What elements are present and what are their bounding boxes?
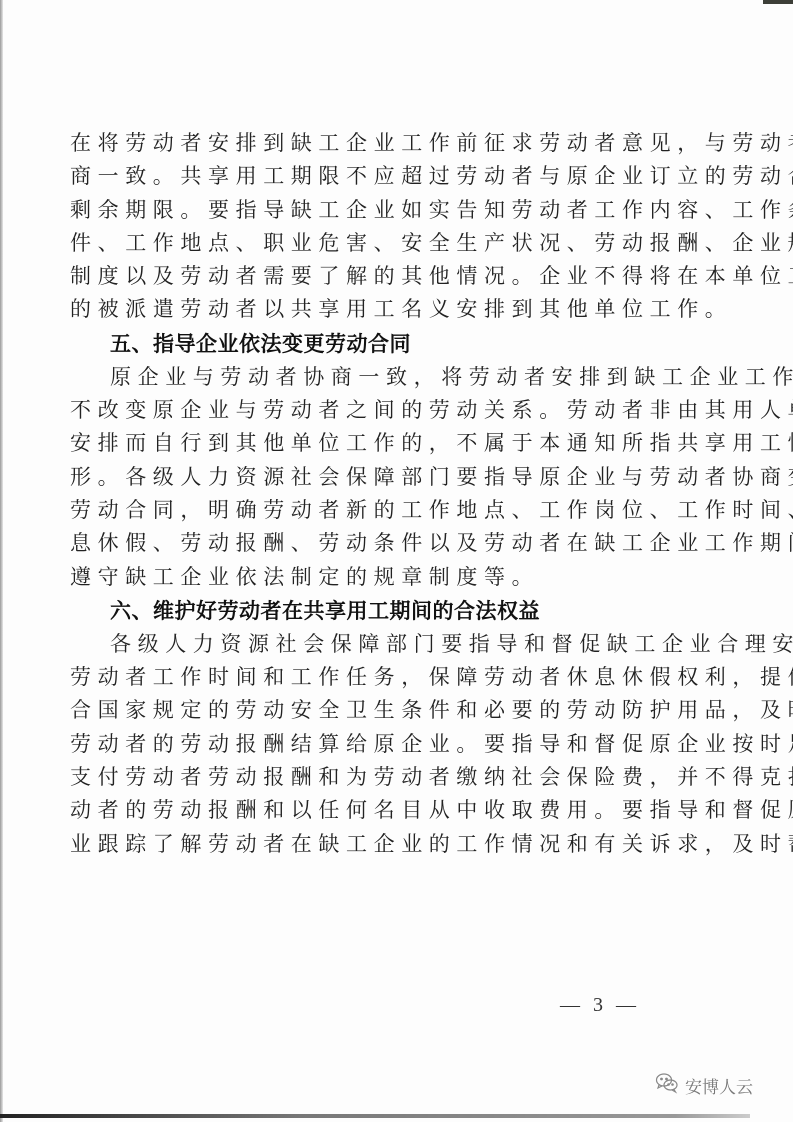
scan-corner [763, 0, 793, 4]
text-line: 制度以及劳动者需要了解的其他情况。企业不得将在本单位工作 [70, 260, 670, 293]
section-5: 五、指导企业依法变更劳动合同 原企业与劳动者协商一致，将劳动者安排到缺工企业工作… [70, 327, 670, 594]
wechat-icon [655, 1072, 679, 1099]
text-line: 在将劳动者安排到缺工企业工作前征求劳动者意见，与劳动者协 [70, 127, 670, 160]
scan-edge-left [0, 0, 3, 1122]
text-line: 剩余期限。要指导缺工企业如实告知劳动者工作内容、工作条 [70, 194, 670, 227]
page-number: — 3 — [560, 994, 640, 1017]
section-heading: 五、指导企业依法变更劳动合同 [70, 327, 670, 361]
text-line: 息休假、劳动报酬、劳动条件以及劳动者在缺工企业工作期间应 [70, 527, 670, 560]
text-line: 业跟踪了解劳动者在缺工企业的工作情况和有关诉求，及时帮助 [70, 828, 670, 861]
text-line: 劳动者工作时间和工作任务，保障劳动者休息休假权利，提供符 [70, 661, 670, 694]
scan-edge-bottom [0, 1114, 750, 1118]
text-line: 劳动合同，明确劳动者新的工作地点、工作岗位、工作时间、休 [70, 494, 670, 527]
text-line: 安排而自行到其他单位工作的，不属于本通知所指共享用工情 [70, 427, 670, 460]
document-page: 在将劳动者安排到缺工企业工作前征求劳动者意见，与劳动者协 商一致。共享用工期限不… [70, 127, 670, 861]
text-line: 商一致。共享用工期限不应超过劳动者与原企业订立的劳动合同 [70, 160, 670, 193]
section-heading: 六、维护好劳动者在共享用工期间的合法权益 [70, 594, 670, 628]
text-line: 形。各级人力资源社会保障部门要指导原企业与劳动者协商变更 [70, 461, 670, 494]
text-line: 不改变原企业与劳动者之间的劳动关系。劳动者非由其用人单位 [70, 394, 670, 427]
watermark-text: 安博人云 [685, 1073, 753, 1098]
section-6: 六、维护好劳动者在共享用工期间的合法权益 各级人力资源社会保障部门要指导和督促缺… [70, 594, 670, 861]
text-line: 各级人力资源社会保障部门要指导和督促缺工企业合理安排 [70, 628, 670, 661]
text-line: 遵守缺工企业依法制定的规章制度等。 [70, 561, 670, 594]
watermark: 安博人云 [655, 1072, 753, 1099]
text-line: 劳动者的劳动报酬结算给原企业。要指导和督促原企业按时足额 [70, 728, 670, 761]
continuation-paragraph: 在将劳动者安排到缺工企业工作前征求劳动者意见，与劳动者协 商一致。共享用工期限不… [70, 127, 670, 327]
text-line: 件、工作地点、职业危害、安全生产状况、劳动报酬、企业规章 [70, 227, 670, 260]
text-line: 动者的劳动报酬和以任何名目从中收取费用。要指导和督促原企 [70, 794, 670, 827]
text-line: 原企业与劳动者协商一致，将劳动者安排到缺工企业工作， [70, 361, 670, 394]
text-line: 的被派遣劳动者以共享用工名义安排到其他单位工作。 [70, 293, 670, 326]
text-line: 支付劳动者劳动报酬和为劳动者缴纳社会保险费，并不得克扣劳 [70, 761, 670, 794]
text-line: 合国家规定的劳动安全卫生条件和必要的劳动防护用品，及时将 [70, 694, 670, 727]
